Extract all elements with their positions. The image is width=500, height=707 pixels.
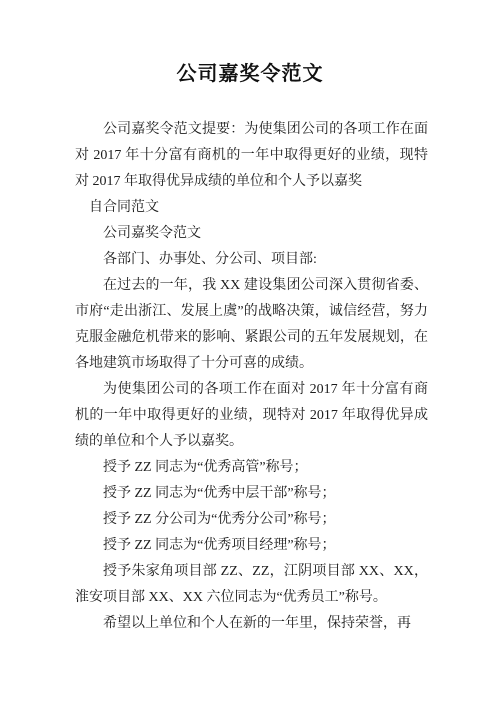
paragraph-salutation: 各部门、办事处、分公司、项目部:: [75, 247, 428, 273]
paragraph-award-executive: 授予 ZZ 同志为“优秀高管”称号；: [75, 455, 428, 481]
paragraph-review: 在过去的一年，我 XX 建设集团公司深入贯彻省委、市府“走出浙江、发展上虞”的战…: [75, 273, 428, 377]
document-body: 公司嘉奖令范文提要：为使集团公司的各项工作在面对 2017 年十分富有商机的一年…: [75, 117, 428, 637]
document-page: 公司嘉奖令范文 公司嘉奖令范文提要：为使集团公司的各项工作在面对 2017 年十…: [0, 0, 500, 707]
document-title: 公司嘉奖令范文: [0, 0, 500, 88]
paragraph-award-middle-manager: 授予 ZZ 同志为“优秀中层干部”称号；: [75, 481, 428, 507]
paragraph-abstract: 公司嘉奖令范文提要：为使集团公司的各项工作在面对 2017 年十分富有商机的一年…: [75, 117, 428, 195]
paragraph-subtitle: 公司嘉奖令范文: [75, 221, 428, 247]
paragraph-closing: 希望以上单位和个人在新的一年里，保持荣誉，再: [75, 611, 428, 637]
paragraph-source-tag: 自合同范文: [75, 195, 428, 221]
paragraph-award-project-manager: 授予 ZZ 同志为“优秀项目经理”称号；: [75, 533, 428, 559]
paragraph-award-branch: 授予 ZZ 分公司为“优秀分公司”称号；: [75, 507, 428, 533]
paragraph-award-employees: 授予朱家角项目部 ZZ、ZZ，江阴项目部 XX、XX，淮安项目部 XX、XX 六…: [75, 559, 428, 611]
paragraph-purpose: 为使集团公司的各项工作在面对 2017 年十分富有商机的一年中取得更好的业绩，现…: [75, 377, 428, 455]
